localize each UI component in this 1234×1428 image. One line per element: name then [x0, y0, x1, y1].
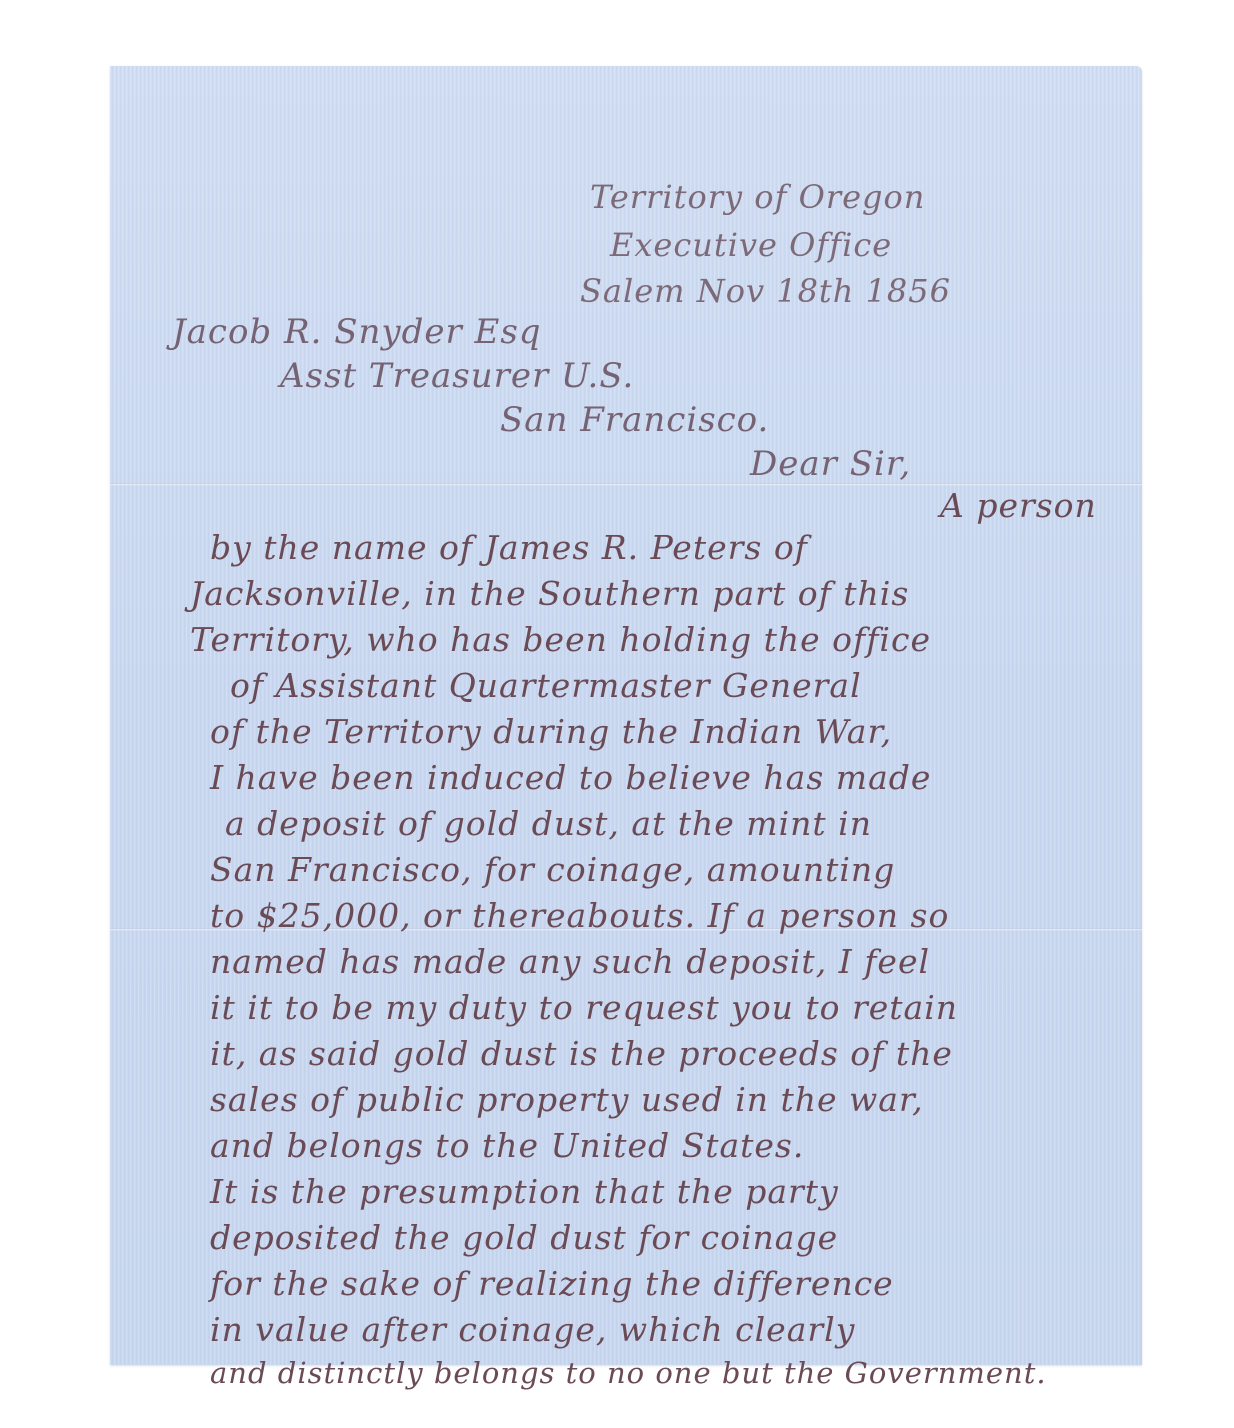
- body-line: by the name of James R. Peters of: [210, 528, 808, 567]
- heading-territory: Territory of Oregon: [590, 178, 925, 216]
- body-line: San Francisco, for coinage, amounting: [210, 850, 895, 889]
- body-line: Territory, who has been holding the offi…: [190, 620, 931, 659]
- body-line: and distinctly belongs to no one but the…: [210, 1356, 1047, 1390]
- body-line: for the sake of realizing the difference: [210, 1264, 894, 1303]
- heading-office: Executive Office: [610, 226, 892, 264]
- body-line: and belongs to the United States.: [210, 1126, 804, 1165]
- body-line: it, as said gold dust is the proceeds of…: [210, 1034, 953, 1073]
- body-line: it it to be my duty to request you to re…: [210, 988, 958, 1027]
- body-line: Jacksonville, in the Southern part of th…: [190, 574, 909, 613]
- letter-page: Territory of Oregon Executive Office Sal…: [110, 66, 1142, 1365]
- body-line: It is the presumption that the party: [210, 1172, 839, 1211]
- body-line: to $25,000, or thereabouts. If a person …: [210, 896, 949, 935]
- body-line: sales of public property used in the war…: [210, 1080, 924, 1119]
- body-line: in value after coinage, which clearly: [210, 1310, 855, 1349]
- body-line: a deposit of gold dust, at the mint in: [225, 804, 872, 843]
- recipient-name: Jacob R. Snyder Esq: [172, 312, 542, 352]
- body-opening: A person: [940, 486, 1097, 525]
- body-line: I have been induced to believe has made: [210, 758, 931, 797]
- recipient-title: Asst Treasurer U.S.: [280, 356, 634, 396]
- body-line: deposited the gold dust for coinage: [210, 1218, 838, 1257]
- body-line: of the Territory during the Indian War,: [210, 712, 892, 751]
- body-line: named has made any such deposit, I feel: [210, 942, 930, 981]
- body-line: of Assistant Quartermaster General: [230, 666, 862, 705]
- heading-date: Salem Nov 18th 1856: [580, 272, 951, 310]
- recipient-city: San Francisco.: [500, 400, 769, 440]
- salutation: Dear Sir,: [750, 444, 911, 484]
